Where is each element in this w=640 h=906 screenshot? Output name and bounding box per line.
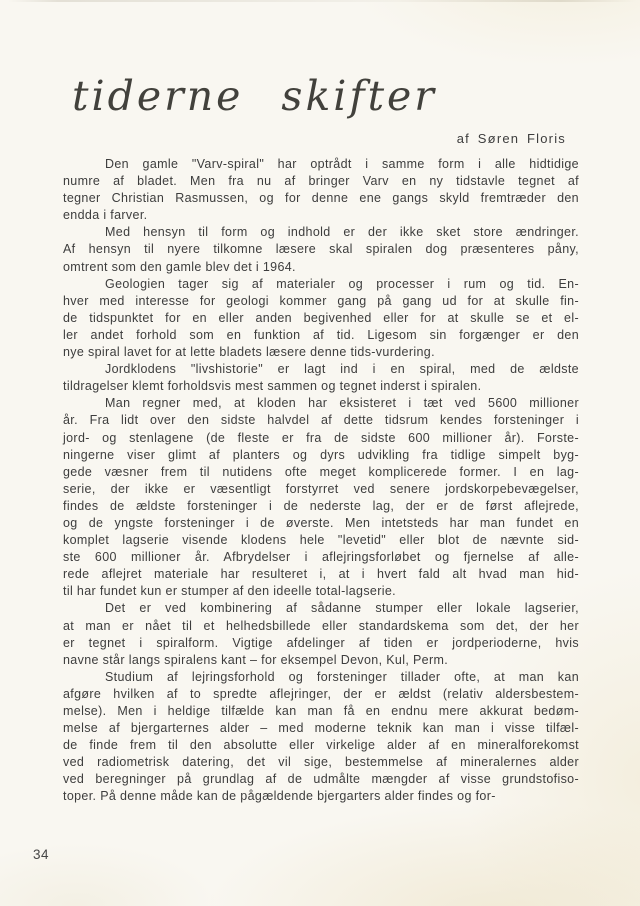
- text-line: at man er nået til et helhedsbillede ell…: [63, 618, 579, 635]
- text-line: de finde frem til den absolutte eller vi…: [63, 737, 579, 754]
- text-line: ningerne viser glimt af planters og dyrs…: [63, 447, 579, 464]
- text-line: Jordklodens "livshistorie" er lagt ind i…: [63, 361, 579, 378]
- text-line: navne står langs spiralens kant – for ek…: [63, 652, 579, 669]
- text-line: Geologien tager sig af materialer og pro…: [63, 276, 579, 293]
- page-number: 34: [33, 847, 49, 862]
- text-line: ste 600 millioner år. Afbrydelser i afle…: [63, 549, 579, 566]
- text-line: jord- og stenlagene (de fleste er fra de…: [63, 430, 579, 447]
- text-line: Med hensyn til form og indhold er der ik…: [63, 224, 579, 241]
- text-line: ved radiometrisk datering, det vil sige,…: [63, 754, 579, 771]
- text-line: komplet lagserie visende klodens hele "l…: [63, 532, 579, 549]
- text-line: afgøre hvilken af to spredte aflejringer…: [63, 686, 579, 703]
- text-line: endda i farver.: [63, 207, 579, 224]
- text-line: ved beregninger på grundlag af de udmålt…: [63, 771, 579, 788]
- text-line: numre af bladet. Men fra nu af bringer V…: [63, 173, 579, 190]
- text-line: melse). Men i heldige tilfælde kan man f…: [63, 703, 579, 720]
- text-line: serie, der ikke er væsentligt forstyrret…: [63, 481, 579, 498]
- text-line: toper. På denne måde kan de pågældende b…: [63, 788, 579, 805]
- text-line: til har fundet kun er stumper af den ide…: [63, 583, 579, 600]
- paragraph: Den gamle "Varv-spiral" har optrådt i sa…: [63, 156, 579, 224]
- text-line: Studium af lejringsforhold og forstening…: [63, 669, 579, 686]
- text-line: er tegnet i spiralform. Vigtige afdeling…: [63, 635, 579, 652]
- paragraph: Det er ved kombinering af sådanne stumpe…: [63, 600, 579, 668]
- text-line: og de yngste forsteninger i de øverste. …: [63, 515, 579, 532]
- text-line: de tidspunktet for en eller anden begive…: [63, 310, 579, 327]
- text-line: melse af bjergarternes alder – med moder…: [63, 720, 579, 737]
- text-line: Den gamle "Varv-spiral" har optrådt i sa…: [63, 156, 579, 173]
- text-line: ler andet forhold som en funktion af tid…: [63, 327, 579, 344]
- page-title: tiderne skifter: [72, 72, 437, 120]
- paragraph: Studium af lejringsforhold og forstening…: [63, 669, 579, 806]
- text-line: Af hensyn til nyere tilkomne læsere skal…: [63, 241, 579, 258]
- paragraph: Med hensyn til form og indhold er der ik…: [63, 224, 579, 275]
- text-line: tildragelser klemt forholdsvis mest samm…: [63, 378, 579, 395]
- text-line: omtrent som den gamle blev det i 1964.: [63, 259, 579, 276]
- paragraph: Man regner med, at kloden har eksisteret…: [63, 395, 579, 600]
- paragraph: Jordklodens "livshistorie" er lagt ind i…: [63, 361, 579, 395]
- text-line: gede væsner frem til nutidens ofte meget…: [63, 464, 579, 481]
- text-line: nye spiral lavet for at lette bladets læ…: [63, 344, 579, 361]
- text-line: Det er ved kombinering af sådanne stumpe…: [63, 600, 579, 617]
- scan-edge-artifact: [8, 0, 636, 2]
- scanned-page: tiderne skifter af Søren Floris Den gaml…: [0, 0, 640, 906]
- text-line: tegner Christian Rasmussen, og for denne…: [63, 190, 579, 207]
- text-line: rede aflejret materiale har resulteret i…: [63, 566, 579, 583]
- text-line: Man regner med, at kloden har eksisteret…: [63, 395, 579, 412]
- text-line: findes de ældste forsteninger i de neder…: [63, 498, 579, 515]
- paragraph: Geologien tager sig af materialer og pro…: [63, 276, 579, 361]
- text-line: hver med interesse for geologi kommer ga…: [63, 293, 579, 310]
- text-line: år. Fra lidt over den sidste halvdel af …: [63, 412, 579, 429]
- article-body: Den gamle "Varv-spiral" har optrådt i sa…: [63, 156, 579, 806]
- byline: af Søren Floris: [457, 131, 566, 146]
